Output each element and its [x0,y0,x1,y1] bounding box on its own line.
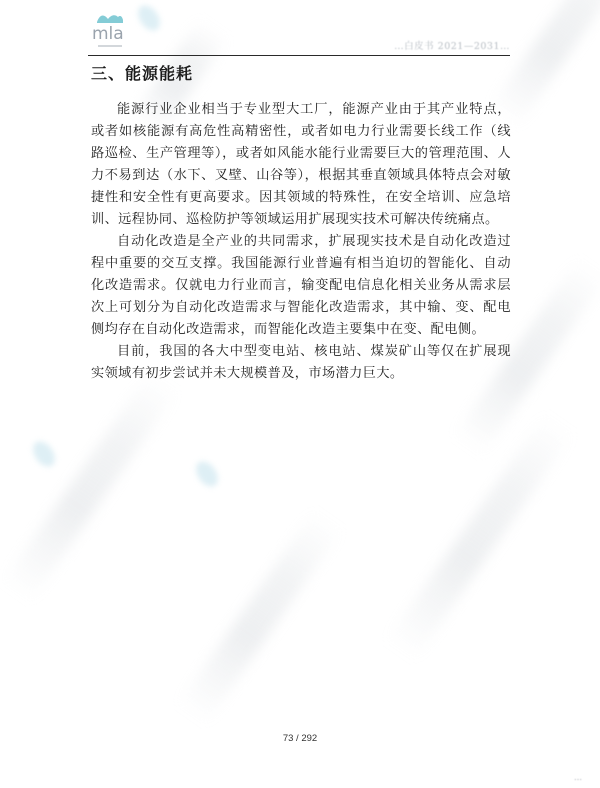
watermark-logo [192,457,223,490]
watermark [177,509,343,725]
paragraph: 目前，我国的各大中型变电站、核电站、煤炭矿山等仅在扩展现实领域有初步尝试并未大规… [91,341,511,385]
logo-wave-icon [96,12,124,24]
page-number: 73 / 292 [0,733,600,744]
section-heading: 三、能源能耗 [91,61,193,84]
logo-tagline [98,45,122,47]
footer-source: … [574,773,582,782]
watermark [2,371,179,603]
document-page: mla …白皮书 2021—2031… 三、能源能耗 能源行业企业相当于专业型大… [0,0,600,788]
running-header: …白皮书 2021—2031… [394,38,510,52]
watermark-logo [29,437,60,470]
publisher-logo: mla [92,10,128,50]
header-rule [88,55,510,56]
body-text: 能源行业企业相当于专业型大工厂，能源产业由于其产业特点，或者如核能源有高危性高精… [91,99,511,385]
logo-text: mla [92,24,124,44]
watermark-logo [134,1,165,34]
paragraph: 能源行业企业相当于专业型大工厂，能源产业由于其产业特点，或者如核能源有高危性高精… [91,99,511,231]
watermark [386,413,574,662]
paragraph: 自动化改造是全产业的共同需求，扩展现实技术是自动化改造过程中重要的交互支撑。我国… [91,231,511,341]
